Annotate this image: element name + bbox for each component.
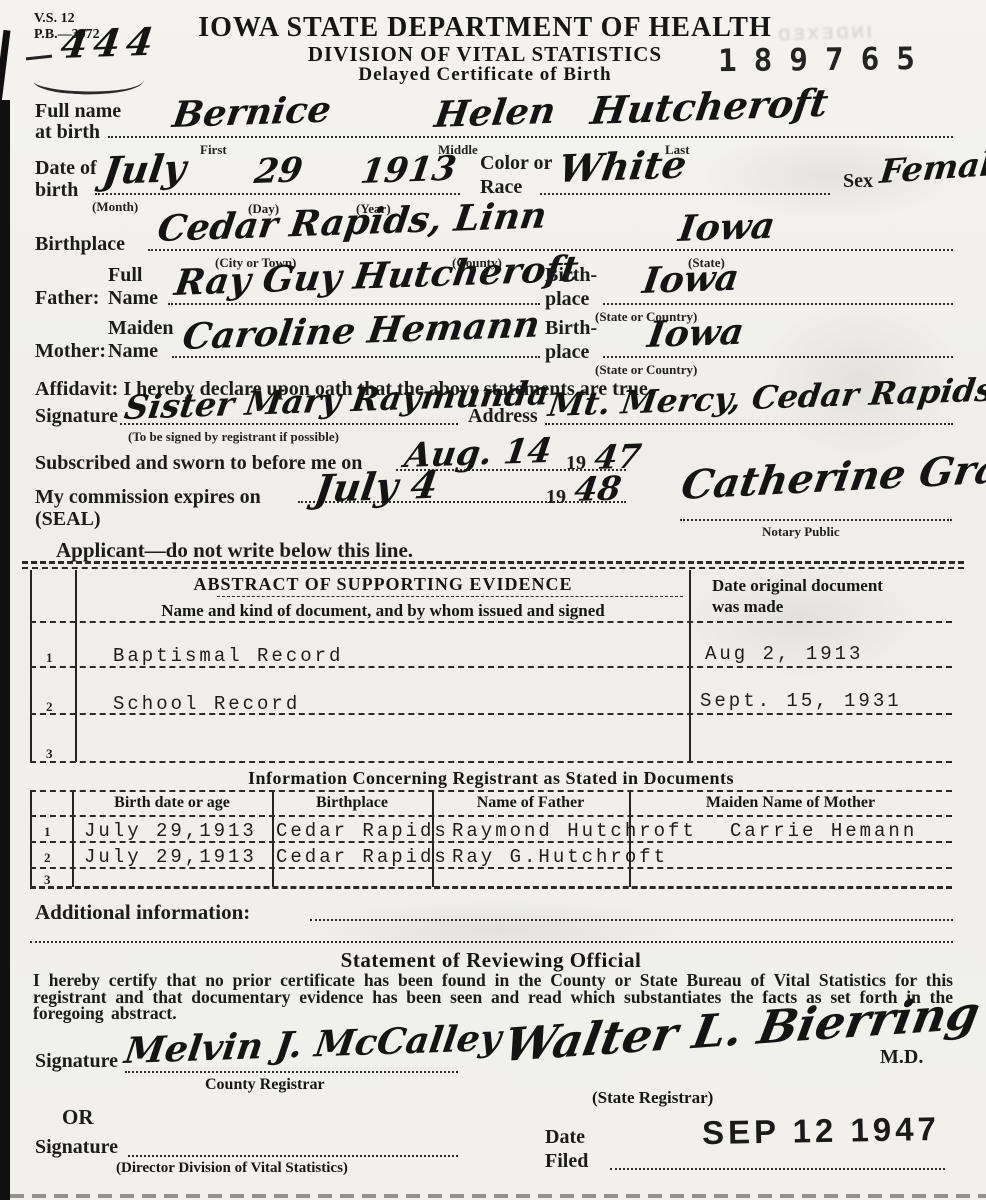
commission-label: My commission expires on	[35, 486, 261, 509]
abstract-row-number: 3	[46, 746, 53, 762]
abstract-row-date: Aug 2, 1913	[705, 643, 863, 665]
separator-rule-bottom	[22, 567, 964, 569]
address-label: Address	[468, 405, 538, 428]
additional-info-line2	[30, 941, 953, 943]
delayed-birth-certificate-document: INDEXED V.S. 12 P.B.—3972 444 IOWA STATE…	[0, 0, 986, 1200]
abstract-row2-rule	[30, 713, 952, 715]
first-name-value: Bernice	[170, 89, 334, 136]
notary-signature-line	[680, 519, 952, 521]
full-name-line	[108, 136, 953, 138]
commission-printed-19: 19	[546, 486, 566, 509]
abstract-header-rule	[30, 621, 952, 623]
abstract-row-document: School Record	[113, 693, 300, 715]
father-birthplace-line	[603, 303, 953, 305]
abstract-row-date: Sept. 15, 1931	[700, 690, 902, 712]
birth-year-value: 1913	[358, 149, 459, 192]
info-header-birth-date: Birth date or age	[72, 794, 272, 812]
handwritten-file-number: 444	[58, 19, 162, 67]
race-label-line1: Color or	[480, 152, 552, 175]
abstract-table-bottom-rule	[30, 761, 952, 763]
applicant-note: Applicant—do not write below this line.	[56, 538, 413, 563]
birthplace-label: Birthplace	[35, 233, 125, 256]
father-birthplace-label-line2: place	[545, 288, 589, 311]
info-row1-rule	[30, 841, 952, 843]
mother-name-value: Caroline Hemann	[180, 304, 543, 358]
info-header-rule	[30, 815, 952, 817]
seal-label: (SEAL)	[35, 508, 101, 531]
info-row-number: 1	[44, 824, 51, 840]
abstract-row-number: 1	[46, 650, 53, 666]
birth-month-value: July	[100, 145, 189, 193]
abstract-table-title: ABSTRACT OF SUPPORTING EVIDENCE	[85, 574, 681, 595]
sworn-label: Subscribed and sworn to before me on	[35, 452, 362, 475]
full-name-label-line1: Full name	[35, 100, 121, 123]
info-header-mother: Maiden Name of Mother	[629, 794, 952, 812]
abstract-title-underline	[217, 596, 683, 597]
date-filed-label-line1: Date	[545, 1126, 585, 1149]
info-row-birth-date: July 29,1913	[84, 846, 257, 868]
sex-label: Sex	[843, 170, 873, 193]
additional-info-line1	[310, 919, 953, 921]
address-line	[545, 423, 953, 425]
full-name-label-line2: at birth	[35, 121, 100, 144]
state-registrar-degree: M.D.	[880, 1046, 923, 1069]
birth-day-value: 29	[252, 150, 305, 192]
mother-birthplace-label-line2: place	[545, 341, 589, 364]
date-filed-line	[610, 1168, 945, 1170]
abstract-row1-rule	[30, 666, 952, 668]
mother-birthplace-label-line1: Birth-	[545, 317, 597, 340]
county-signature-label: Signature	[35, 1050, 118, 1073]
county-signature-line	[125, 1071, 458, 1073]
race-value: White	[556, 142, 690, 191]
commission-date-value: July 4	[312, 462, 441, 511]
scan-bottom-band	[10, 1194, 986, 1198]
commission-year-value: 48	[572, 468, 624, 509]
date-of-birth-label-line1: Date of	[35, 157, 97, 180]
mother-birthplace-line	[603, 356, 953, 358]
mother-birthplace-sublabel: (State or Country)	[595, 362, 697, 378]
mother-birthplace-value: Iowa	[645, 311, 747, 356]
abstract-date-header-line2: was made	[712, 597, 783, 617]
director-signature-label: Signature	[35, 1136, 118, 1159]
notary-title: Notary Public	[762, 524, 840, 540]
director-signature-line	[128, 1155, 458, 1157]
info-row-birthplace: Cedar Rapids	[276, 846, 449, 868]
date-of-birth-label-line2: birth	[35, 179, 78, 202]
birthplace-city-county-value: Cedar Rapids, Linn	[155, 195, 549, 250]
info-row-number: 2	[44, 850, 51, 866]
state-registrar-title: (State Registrar)	[592, 1088, 713, 1108]
info-table-bottom-rule	[30, 886, 952, 889]
scan-left-edge-band	[0, 100, 10, 1200]
mother-label: Mother:	[35, 340, 106, 363]
handwritten-dash-mark	[26, 55, 52, 61]
info-row-birthplace: Cedar Rapids	[276, 820, 449, 842]
info-row-father: Ray G.Hutchroft	[452, 846, 668, 868]
info-header-birthplace: Birthplace	[272, 794, 432, 812]
last-name-value: Hutcheroft	[588, 80, 831, 133]
info-row2-rule	[30, 867, 952, 869]
info-title-rule	[30, 790, 952, 792]
info-row-birth-date: July 29,1913	[84, 820, 257, 842]
abstract-date-header-line1: Date original document	[712, 576, 883, 596]
date-filed-label-line2: Filed	[545, 1150, 588, 1173]
page-title: IOWA STATE DEPARTMENT OF HEALTH	[150, 12, 820, 44]
race-line	[540, 193, 830, 195]
county-registrar-signature: Melvin J. McCalley	[122, 1017, 504, 1072]
mother-name-label-line1: Maiden	[108, 317, 174, 340]
registrant-signature-sublabel: (To be signed by registrant if possible)	[128, 429, 339, 445]
info-table-left-border	[30, 792, 32, 887]
registrant-signature-label: Signature	[35, 405, 118, 428]
info-row-mother: Carrie Hemann	[730, 820, 917, 842]
separator-rule-top	[22, 561, 964, 564]
director-title: (Director Division of Vital Statistics)	[116, 1160, 348, 1177]
info-header-father: Name of Father	[432, 794, 629, 812]
abstract-row-document: Baptismal Record	[113, 645, 343, 667]
father-name-label-line2: Name	[108, 287, 158, 310]
date-filed-stamp: SEP 12 1947	[702, 1110, 941, 1152]
info-row-father: Raymond Hutchroft	[452, 820, 697, 842]
month-sublabel: (Month)	[92, 199, 138, 215]
additional-info-label: Additional information:	[35, 900, 250, 925]
father-label: Father:	[35, 287, 99, 310]
father-name-label-line1: Full	[108, 264, 142, 287]
abstract-table-subtitle: Name and kind of document, and by whom i…	[85, 601, 681, 621]
handwritten-swoosh-mark	[33, 62, 145, 99]
birthplace-state-value: Iowa	[676, 205, 778, 250]
father-birthplace-value: Iowa	[640, 257, 742, 302]
mother-name-label-line2: Name	[108, 340, 158, 363]
middle-name-value: Helen	[432, 90, 558, 136]
date-of-birth-line	[95, 193, 460, 195]
info-table-title: Information Concerning Registrant as Sta…	[30, 768, 952, 789]
county-registrar-title: County Registrar	[205, 1076, 325, 1094]
father-birthplace-label-line1: Birth-	[545, 264, 597, 287]
certificate-number-stamp: 189765	[718, 41, 932, 79]
or-label: OR	[62, 1105, 94, 1130]
first-sublabel: First	[200, 142, 227, 158]
